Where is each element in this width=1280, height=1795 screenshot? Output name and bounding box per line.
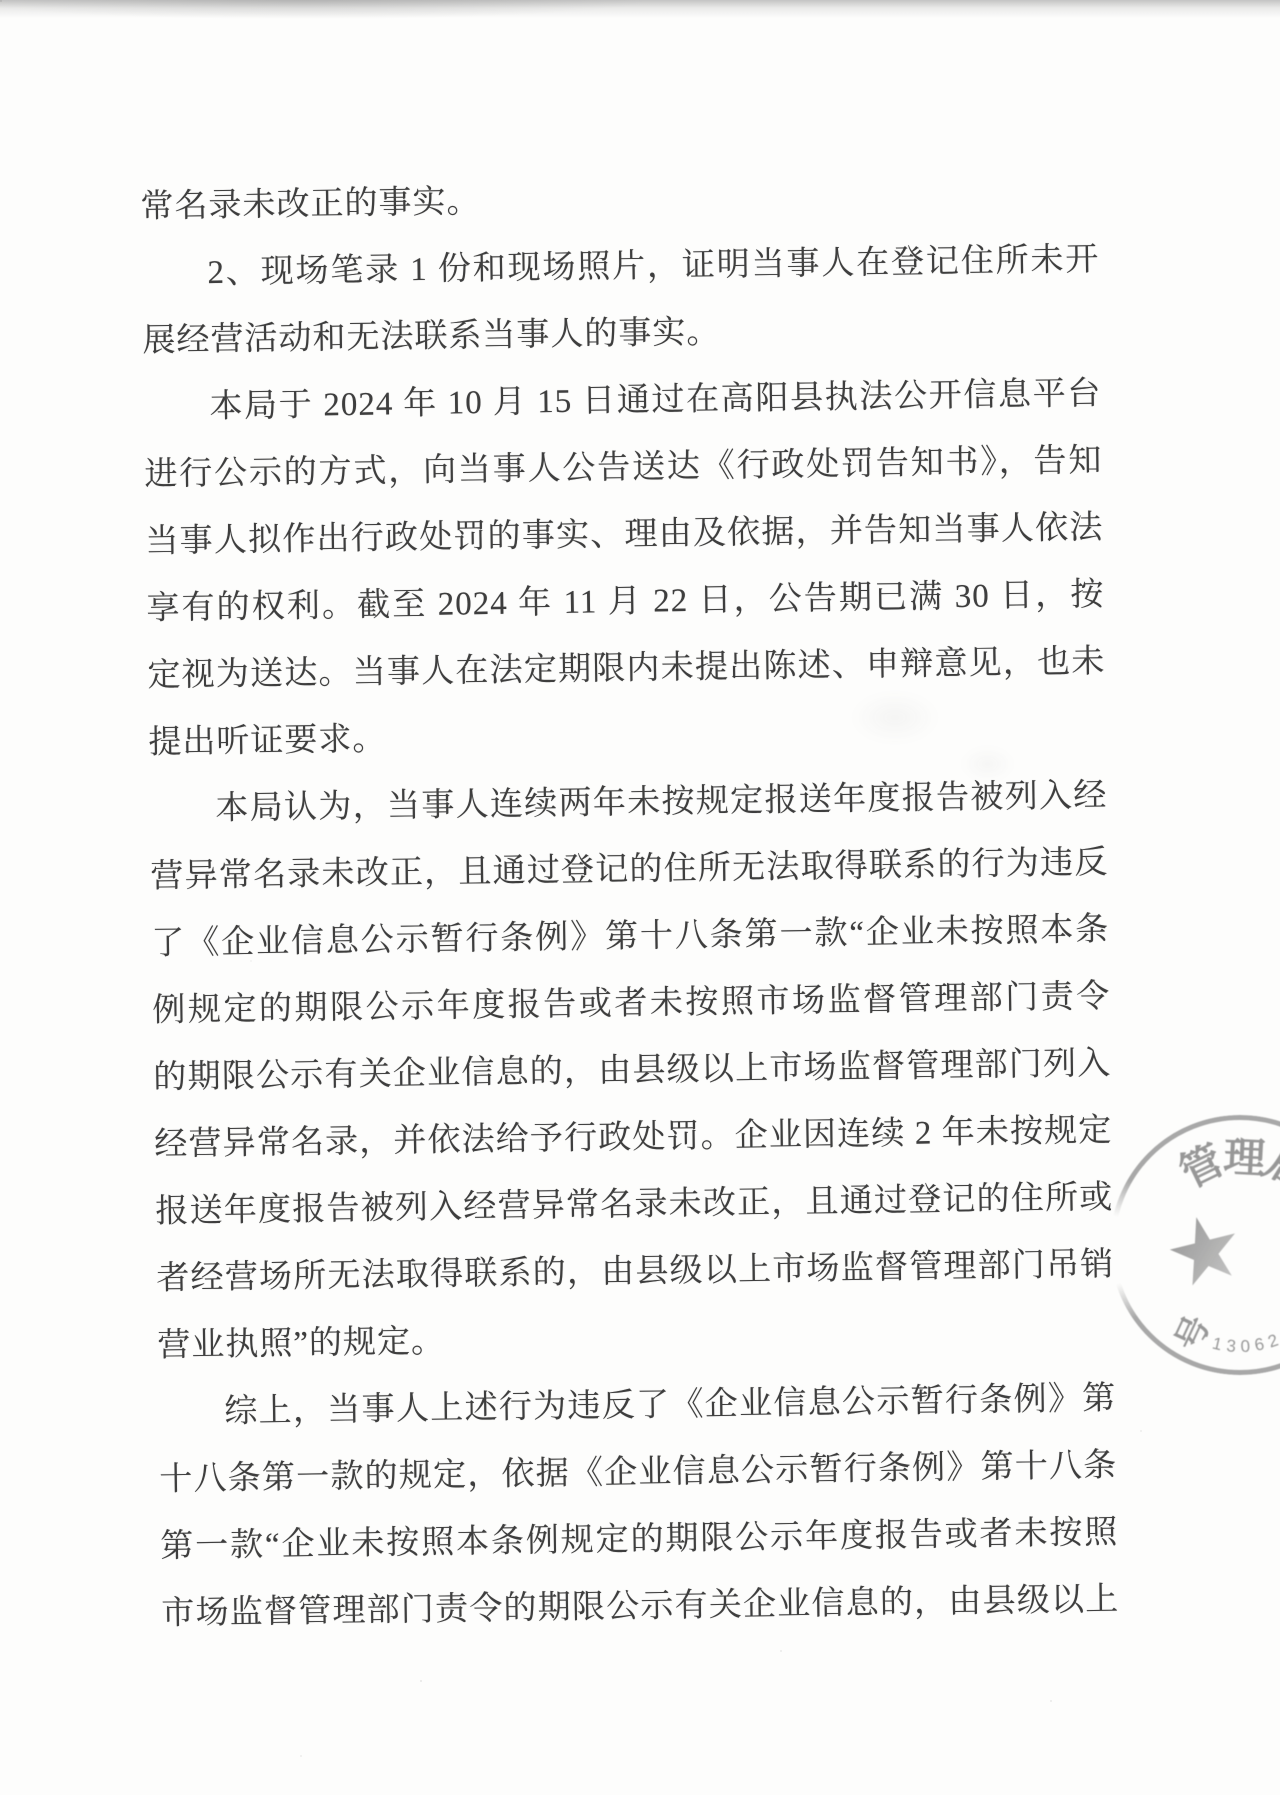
scan-edge-artifact-2 (0, 0, 760, 26)
scan-specks (0, 0, 2, 2)
scan-edge-artifact (0, 0, 1280, 18)
text-line: 者经营场所无法取得联系的，由县级以上市场监督管理部门吊销 (156, 1232, 1115, 1313)
official-seal-stamp: 管理局 号 1306288 (1110, 1115, 1280, 1375)
seal-serial-number: 1306288 (1110, 1115, 1280, 1375)
text-line: 定视为送达。当事人在法定期限内未提出陈述、申辩意见，也未 (147, 629, 1106, 710)
text-line: 市场监督管理部门责令的期限公示有关企业信息的，由县级以上 (161, 1567, 1120, 1648)
document-page: 常名录未改正的事实。2、现场笔录 1 份和现场照片，证明当事人在登记住所未开展经… (0, 0, 1280, 1795)
text-line: 2、现场笔录 1 份和现场照片，证明当事人在登记住所未开 (141, 227, 1100, 308)
seal-serial-digit: 3 (1223, 1337, 1239, 1356)
document-lines: 常名录未改正的事实。2、现场笔录 1 份和现场照片，证明当事人在登记住所未开展经… (140, 160, 1120, 1648)
